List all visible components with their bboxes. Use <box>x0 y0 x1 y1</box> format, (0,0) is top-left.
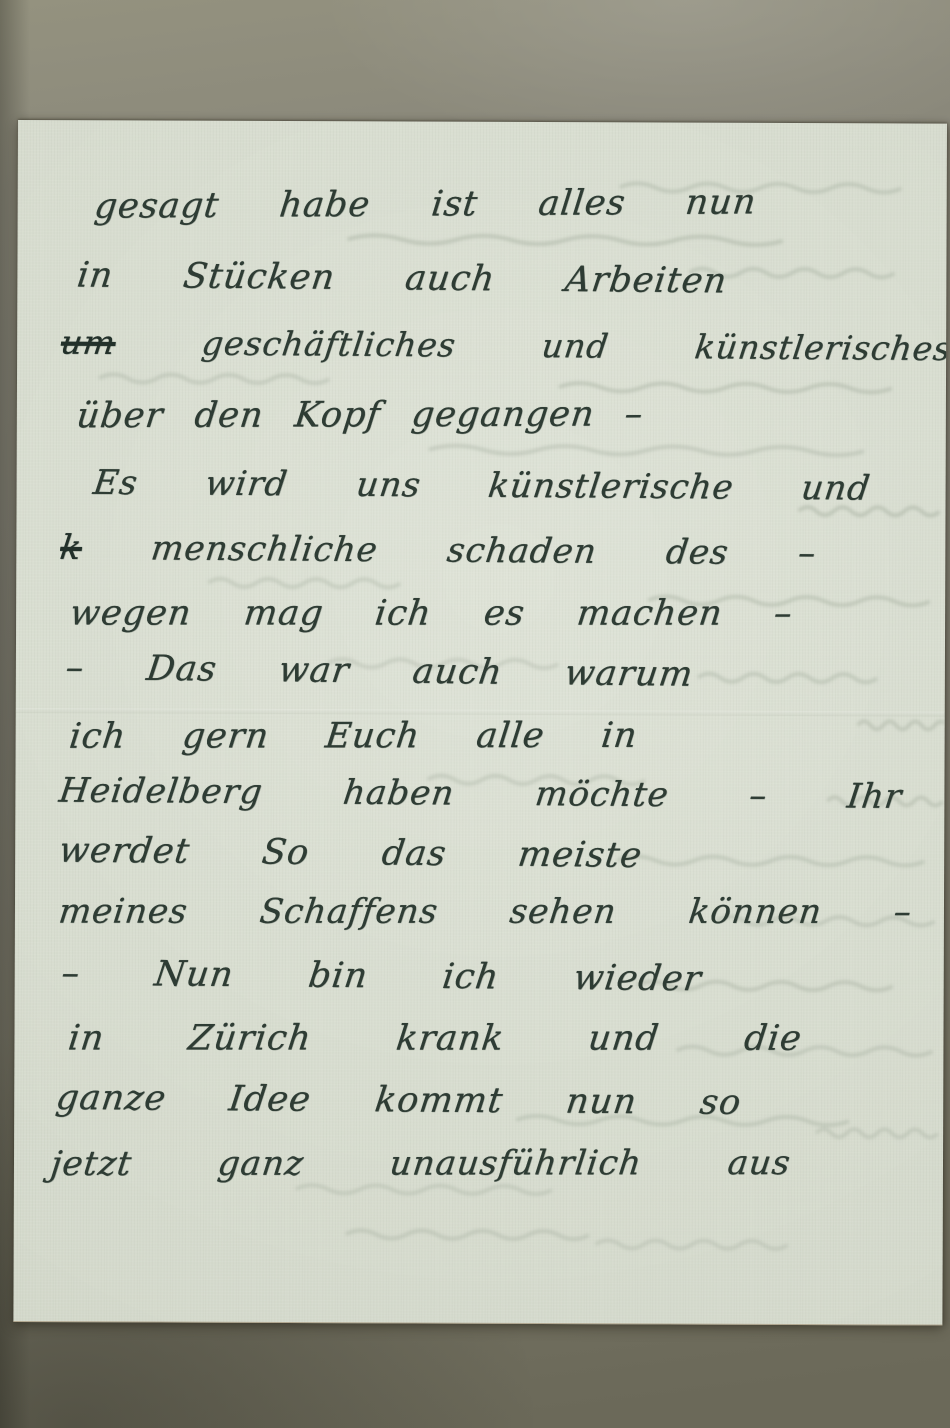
word: – <box>747 776 770 816</box>
word: wird <box>203 464 290 505</box>
word: – <box>772 594 795 634</box>
bleed-mark <box>348 235 783 245</box>
word: wegen <box>68 593 194 633</box>
word: ganze <box>54 1078 169 1119</box>
word: ich <box>440 957 502 997</box>
word: den <box>192 396 265 436</box>
word: uns <box>354 465 423 505</box>
word: Arbeiten <box>563 260 730 301</box>
word: machen <box>574 594 724 634</box>
bleed-mark <box>99 374 329 383</box>
word: künstlerisches <box>692 327 947 368</box>
handwritten-line: Heidelberghabenmöchte–Ihr <box>59 771 902 817</box>
word: Heidelberg <box>57 771 266 812</box>
handwritten-line: wegenmagichesmachen– <box>70 593 793 633</box>
handwritten-line: ichgernEuchallein <box>70 716 638 757</box>
word: in <box>599 716 640 756</box>
word: unausführlich <box>388 1143 645 1183</box>
word: das <box>379 834 449 875</box>
bleed-mark <box>208 579 400 588</box>
word: können <box>686 892 824 932</box>
word: über <box>74 396 165 436</box>
word: es <box>482 594 528 634</box>
letter-page: gesagthabeistallesnuninStückenauchArbeit… <box>13 120 947 1326</box>
word: in <box>75 256 116 296</box>
word: und <box>539 326 611 365</box>
struck-word: um <box>59 323 119 362</box>
handwritten-line: meinesSchaffenssehenkönnen– <box>59 892 912 932</box>
word: alles <box>536 183 628 224</box>
word: nun <box>684 182 759 223</box>
handwritten-line: kmenschlicheschadendes– <box>60 528 816 574</box>
handwritten-line: inZürichkrankunddie <box>68 1018 801 1058</box>
word: – <box>63 648 87 688</box>
handwritten-line: Eswirdunskünstlerischeund <box>93 463 870 509</box>
word: Es <box>91 463 140 503</box>
word: Ihr <box>845 776 905 816</box>
handwritten-line: überdenKopfgegangen– <box>77 394 644 436</box>
handwritten-line: ganzeIdeekommtnunso <box>56 1078 741 1123</box>
word: schaden <box>445 531 600 572</box>
word: – <box>796 533 819 573</box>
bleed-mark <box>698 674 877 683</box>
word: – <box>891 892 914 932</box>
word: aus <box>726 1143 793 1183</box>
word: sehen <box>508 892 619 932</box>
word: Nun <box>152 954 236 995</box>
word: krank <box>394 1019 506 1059</box>
struck-word: k <box>58 528 85 568</box>
word: war <box>277 650 353 691</box>
word: – <box>59 954 83 994</box>
word: menschliche <box>149 529 381 571</box>
bleed-mark <box>617 856 924 865</box>
word: nun <box>563 1082 639 1122</box>
handwritten-line: jetztganzunausführlichaus <box>51 1143 791 1184</box>
word: kommt <box>372 1080 505 1121</box>
word: – <box>623 394 646 434</box>
word: die <box>742 1019 804 1059</box>
word: warum <box>562 653 696 694</box>
handwritten-line: inStückenauchArbeiten <box>77 256 727 302</box>
bleed-mark <box>596 1240 788 1249</box>
word: alle <box>475 716 548 756</box>
handwritten-line: werdetSodasmeiste <box>59 831 642 876</box>
word: auch <box>410 652 505 693</box>
word: künstlerische <box>486 466 736 508</box>
word: gegangen <box>409 395 596 436</box>
word: wieder <box>571 958 704 999</box>
word: gern <box>180 716 271 756</box>
bleed-mark <box>429 446 864 456</box>
word: werdet <box>57 831 193 872</box>
word: Idee <box>227 1079 314 1120</box>
word: und <box>799 468 873 508</box>
handwritten-line: –Daswarauchwarum <box>66 648 693 695</box>
word: ganz <box>216 1144 307 1184</box>
word: gesagt <box>92 186 221 227</box>
bleed-mark <box>296 1185 552 1194</box>
word: Kopf <box>292 395 382 435</box>
word: habe <box>278 185 373 226</box>
word: Euch <box>324 716 423 756</box>
word: Das <box>144 649 219 690</box>
word: jetzt <box>49 1144 135 1184</box>
word: ich <box>373 594 434 634</box>
word: ich <box>67 717 128 757</box>
word: mag <box>241 594 325 634</box>
word: in <box>66 1018 107 1058</box>
handwritten-line: –Nunbinichwieder <box>62 953 702 999</box>
bleed-mark <box>346 1230 589 1239</box>
word: auch <box>403 259 498 300</box>
bleed-mark <box>816 1129 938 1137</box>
word: meiste <box>516 835 645 876</box>
word: möchte <box>532 774 671 815</box>
word: Zürich <box>186 1019 314 1059</box>
bleed-mark <box>559 383 892 392</box>
word: Stücken <box>181 257 338 298</box>
word: ist <box>429 184 480 224</box>
word: meines <box>57 892 191 932</box>
word: So <box>260 833 312 873</box>
word: geschäftliches <box>199 324 458 365</box>
word: Schaffens <box>257 892 440 932</box>
handwritten-line: umgeschäftlichesundkünstlerisches <box>61 323 947 369</box>
word: haben <box>341 773 457 814</box>
word: so <box>698 1083 744 1123</box>
word: des <box>664 532 732 572</box>
word: und <box>586 1019 661 1059</box>
word: bin <box>306 956 370 996</box>
handwritten-line: gesagthabeistallesnun <box>95 182 757 226</box>
bleed-mark <box>858 721 947 729</box>
